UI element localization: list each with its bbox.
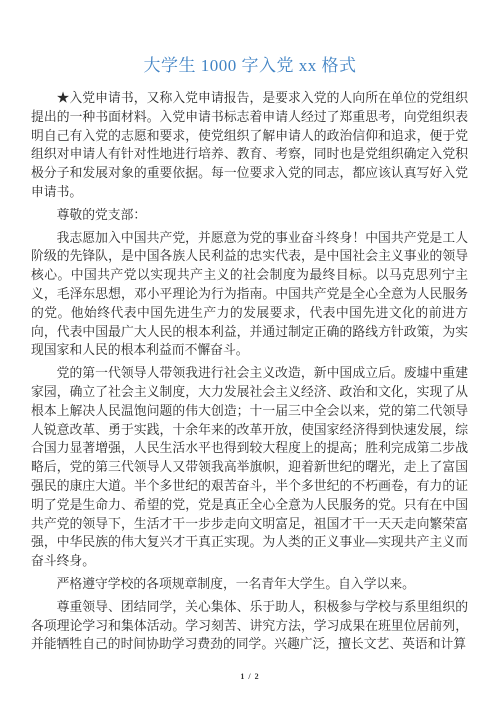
paragraph: 尊敬的党支部：: [31, 206, 468, 225]
paragraph: ★入党申请书，又称入党申请报告，是要求入党的人向所在单位的党组织提出的一种书面材…: [31, 89, 468, 202]
document-title: 大学生 1000 字入党 xx 格式: [0, 0, 500, 76]
paragraph: 尊重领导、团结同学，关心集体、乐于助人，积极参与学校与系里组织的各项理论学习和集…: [31, 598, 468, 654]
paragraph: 我志愿加入中国共产党，并愿意为党的事业奋斗终身！中国共产党是工人阶级的先锋队，是…: [31, 229, 468, 361]
paragraph: 严格遵守学校的各项规章制度，一名青年大学生。自入学以来。: [31, 575, 468, 594]
page-number: 1 / 2: [0, 672, 500, 681]
document-page: 大学生 1000 字入党 xx 格式 ★入党申请书，又称入党申请报告，是要求入党…: [0, 0, 500, 708]
document-body: ★入党申请书，又称入党申请报告，是要求入党的人向所在单位的党组织提出的一种书面材…: [31, 89, 468, 654]
paragraph: 党的第一代领导人带领我进行社会主义改造，新中国成立后。废墟中重建家园，确立了社会…: [31, 364, 468, 571]
